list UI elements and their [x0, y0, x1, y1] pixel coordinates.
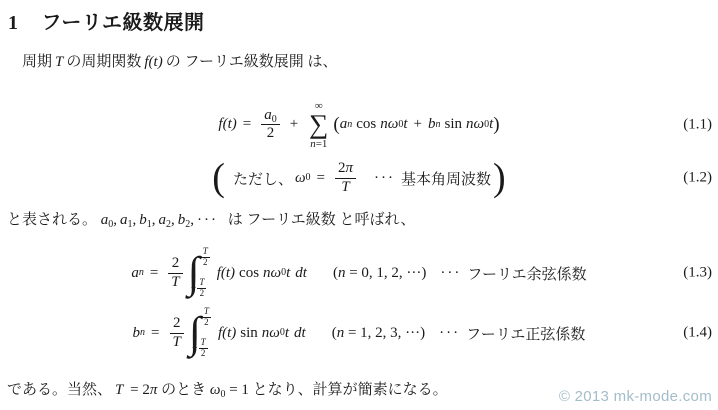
frac-denominator: 2 — [261, 124, 280, 142]
condition: (n = 1, 2, 3, ···) — [332, 325, 425, 342]
sin-function: sin — [240, 325, 258, 342]
integral: ∫ T2 −T2 — [189, 307, 211, 359]
text: のとき — [157, 382, 210, 398]
fraction-2pi-over-T: 2π T — [335, 160, 356, 196]
text: の周期関数 — [66, 54, 141, 70]
frac-numerator: 2 — [170, 315, 184, 332]
lower-limit: −T2 — [192, 338, 208, 359]
frac-numerator: a — [264, 107, 272, 123]
frac-num-pi: π — [346, 160, 354, 176]
cond-values: = 1, 2, 3, ···) — [344, 325, 425, 341]
equation-1-3-row: an = 2 T ∫ T2 −T2 f(t) cos nω0t dt (n = … — [0, 243, 718, 303]
text: 周期 — [22, 54, 52, 70]
differential-dt: dt — [294, 325, 306, 342]
comma: , — [133, 212, 137, 228]
document-page: 1フーリエ級数展開 周期Tの周期関数f(t)の フーリエ級数展開 は、 f(t)… — [0, 0, 718, 410]
fraction-2-over-T: 2 T — [168, 255, 182, 291]
comma: , — [190, 212, 194, 228]
comma: , — [113, 212, 117, 228]
equation-1-1: f(t) = a0 2 + ∞ ∑ n=1 ( an cos nω0t + bn… — [218, 100, 499, 150]
paragraph-intro: 周期Tの周期関数f(t)の フーリエ級数展開 は、 — [22, 51, 337, 73]
equation-number-1-4: (1.4) — [683, 325, 712, 342]
cdots: ··· — [197, 212, 218, 228]
equation-1-1-row: f(t) = a0 2 + ∞ ∑ n=1 ( an cos nω0t + bn… — [0, 94, 718, 156]
eq3-label: フーリエ余弦係数 — [467, 263, 586, 284]
equation-1-3: an = 2 T ∫ T2 −T2 f(t) cos nω0t dt (n = … — [131, 247, 586, 299]
equation-number-1-3: (1.3) — [683, 265, 712, 282]
paragraph-conclusion: である。当然、T = 2π のとき ω0 = 1 となり、計算が簡素になる。 — [7, 379, 448, 401]
copyright-watermark: © 2013 mk-mode.com — [559, 388, 712, 405]
minus-sign: − — [191, 283, 197, 294]
sum-lower-limit: n=1 — [310, 138, 327, 150]
frac-denominator: T — [170, 333, 184, 351]
subscript-0: 0 — [272, 114, 277, 125]
n-omega: nω — [380, 116, 398, 133]
frac-denominator-T: T — [335, 178, 356, 196]
integrand-ft: f(t) — [217, 265, 235, 282]
equation-1-2-row: ( ただし、 ω0 = 2π T ··· 基本角周波数 ) (1.2) — [0, 155, 718, 201]
frac-numerator: 2 — [168, 255, 182, 272]
limit-num: T — [202, 307, 211, 317]
text: と表される。 — [7, 212, 97, 228]
cond-values: = 0, 1, 2, ···) — [345, 265, 426, 281]
integral-limits: T2 −T2 — [200, 247, 210, 299]
cos-function: cos — [239, 265, 259, 282]
lower-limit: −T2 — [191, 278, 207, 299]
close-paren: ) — [493, 115, 499, 134]
n-omega: nω — [263, 265, 281, 282]
summation-symbol: ∞ ∑ n=1 — [309, 100, 328, 150]
var-t: t — [285, 325, 289, 342]
big-open-paren: ( — [212, 159, 225, 198]
equation-1-2: ( ただし、 ω0 = 2π T ··· 基本角周波数 ) — [210, 159, 507, 197]
limit-num: T — [199, 338, 208, 348]
paragraph-series-names: と表される。 a0,a1,b1,a2,b2,··· は フーリエ級数 と呼ばれ、 — [7, 209, 415, 231]
big-close-paren: ) — [493, 159, 506, 198]
equation-1-4-row: bn = 2 T ∫ T2 −T2 f(t) sin nω0t dt (n = … — [0, 303, 718, 363]
coef-a1: a — [120, 212, 128, 228]
sigma-icon: ∑ — [309, 112, 328, 138]
lhs-a: a — [131, 265, 139, 282]
n-omega: nω — [466, 116, 484, 133]
math-var-T: T — [115, 382, 123, 398]
integrand-ft: f(t) — [218, 325, 236, 342]
eq2-label: 基本角周波数 — [401, 168, 491, 189]
eq1-lhs: f(t) — [218, 116, 236, 133]
equals-sign: = — [151, 325, 159, 342]
section-title: フーリエ級数展開 — [42, 12, 205, 34]
section-number: 1 — [8, 12, 19, 34]
var-t: t — [403, 116, 407, 133]
eq4-label: フーリエ正弦係数 — [466, 323, 585, 344]
n-omega: nω — [262, 325, 280, 342]
subscript: 1 — [128, 219, 133, 230]
coef-a: a — [340, 116, 348, 133]
coef-b1: b — [139, 212, 147, 228]
sum-index-start: =1 — [316, 138, 328, 150]
equation-number-1-2: (1.2) — [683, 170, 712, 187]
condition: (n = 0, 1, 2, ···) — [333, 265, 426, 282]
cdots: ··· — [440, 265, 461, 282]
text: である。当然、 — [7, 382, 112, 398]
fraction-2-over-T: 2 T — [170, 315, 184, 351]
sin-function: sin — [444, 116, 462, 133]
text: の フーリエ級数展開 は、 — [166, 54, 338, 70]
cdots: ··· — [374, 170, 395, 187]
math-var-ft: f(t) — [144, 54, 162, 70]
integral: ∫ T2 −T2 — [188, 247, 210, 299]
limit-den: 2 — [197, 288, 206, 299]
limit-den: 2 — [202, 317, 211, 328]
frac-denominator: T — [168, 273, 182, 291]
section-heading: 1フーリエ級数展開 — [8, 6, 205, 35]
coef-b: b — [428, 116, 436, 133]
var-t: t — [286, 265, 290, 282]
plus-sign: + — [290, 116, 298, 133]
math-var-omega: ω — [210, 382, 221, 398]
equals-sign: = — [317, 170, 325, 187]
frac-num-2: 2 — [338, 160, 346, 176]
comma: , — [171, 212, 175, 228]
limit-num: T — [201, 247, 210, 257]
limit-num: T — [197, 278, 206, 288]
cdots: ··· — [439, 325, 460, 342]
text-tadashi: ただし、 — [233, 168, 293, 189]
text: = 1 — [225, 382, 252, 398]
differential-dt: dt — [295, 265, 307, 282]
minus-sign: − — [192, 343, 198, 354]
text: となり、計算が簡素になる。 — [253, 382, 448, 398]
equation-number-1-1: (1.1) — [683, 117, 712, 134]
equation-1-4: bn = 2 T ∫ T2 −T2 f(t) sin nω0t dt (n = … — [133, 307, 586, 359]
upper-limit: T2 — [201, 247, 210, 270]
comma: , — [152, 212, 156, 228]
text: = 2 — [126, 382, 149, 398]
text: は フーリエ級数 と呼ばれ、 — [228, 212, 416, 228]
coef-a2: a — [159, 212, 167, 228]
fraction-a0-over-2: a0 2 — [261, 107, 280, 143]
lhs-b: b — [133, 325, 141, 342]
math-var-T: T — [55, 54, 63, 70]
equals-sign: = — [150, 265, 158, 282]
upper-limit: T2 — [202, 307, 211, 330]
integral-limits: T2 −T2 — [201, 307, 211, 359]
limit-den: 2 — [201, 257, 210, 268]
limit-den: 2 — [199, 348, 208, 359]
cos-function: cos — [356, 116, 376, 133]
omega-var: ω — [295, 170, 306, 187]
plus-sign: + — [414, 116, 422, 133]
equals-sign: = — [243, 116, 251, 133]
